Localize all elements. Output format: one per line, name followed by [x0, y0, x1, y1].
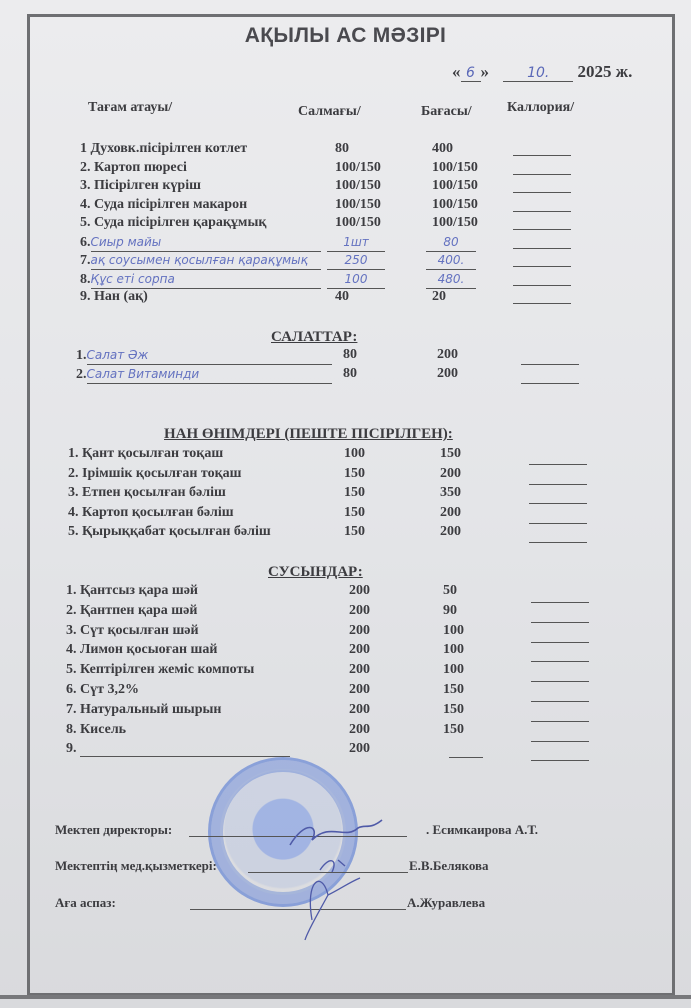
calorie-blank-line — [531, 661, 589, 662]
page-bottom-edge — [0, 995, 691, 999]
item-weight: 80 — [343, 365, 357, 383]
calorie-blank-line — [513, 285, 571, 286]
item-weight: 200 — [349, 740, 370, 758]
menu-title: АҚЫЛЫ АС МӘЗІРІ — [0, 24, 691, 48]
item-price: 80 — [426, 233, 476, 252]
calorie-blank-line — [529, 484, 587, 485]
calorie-blank-line — [513, 211, 571, 212]
item-weight: 100 — [344, 445, 365, 463]
column-header-price: Бағасы/ — [421, 104, 472, 120]
item-price: 100 — [443, 661, 464, 679]
medic-name: Е.В.Белякова — [409, 858, 489, 874]
item-name: 8. Кисель — [66, 721, 126, 739]
item-name: 3. Сүт қосылған шәй — [66, 622, 199, 640]
item-name-handwritten: Салат Әж — [87, 346, 332, 365]
calorie-blank-line — [531, 721, 589, 722]
chef-label: Аға аспаз: — [55, 895, 116, 911]
column-header-weight: Салмағы/ — [298, 104, 361, 120]
item-name: 6.Сиыр майы — [80, 233, 321, 251]
item-number: 6. — [80, 235, 91, 250]
bakery-heading: НАН ӨНІМДЕРІ (ПЕШТЕ ПІСІРІЛГЕН): — [164, 426, 453, 443]
handwritten-signatures — [250, 800, 400, 950]
price-blank-line — [449, 757, 483, 758]
item-weight: 200 — [349, 721, 370, 739]
calorie-blank-line — [531, 622, 589, 623]
item-price: 50 — [443, 582, 457, 600]
item-price: 100 — [443, 622, 464, 640]
date-close-quote: » — [481, 62, 490, 81]
item-weight: 150 — [344, 465, 365, 483]
calorie-blank-line — [531, 681, 589, 682]
item-name: 7. Натуральный шырын — [66, 701, 221, 719]
item-price: 150 — [443, 721, 464, 739]
item-weight: 80 — [335, 140, 349, 158]
item-weight: 80 — [343, 346, 357, 364]
item-name: 3. Етпен қосылған бәліш — [68, 484, 226, 502]
calorie-blank-line — [531, 701, 589, 702]
item-price: 100/150 — [432, 196, 478, 214]
item-name: 6. Сүт 3,2% — [66, 681, 139, 699]
item-price: 400 — [432, 140, 453, 158]
item-price: 150 — [443, 681, 464, 699]
calorie-blank-line — [513, 303, 571, 304]
item-weight: 200 — [349, 661, 370, 679]
item-price: 400. — [426, 251, 476, 270]
calorie-blank-line — [531, 642, 589, 643]
item-weight: 200 — [349, 582, 370, 600]
item-weight: 100/150 — [335, 196, 381, 214]
calorie-blank-line — [531, 602, 589, 603]
item-price: 100/150 — [432, 214, 478, 232]
item-number: 2. — [76, 367, 87, 382]
director-label: Мектеп директоры: — [55, 822, 172, 838]
item-price: 100/150 — [432, 159, 478, 177]
item-number: 1. — [76, 348, 87, 363]
calorie-blank-line — [513, 248, 571, 249]
item-weight: 150 — [344, 523, 365, 541]
item-name: 2. Қантпен қара шәй — [66, 602, 197, 620]
medic-label: Мектептің мед.қызметкері: — [55, 858, 217, 874]
calorie-blank-line — [531, 760, 589, 761]
item-weight: 100/150 — [335, 159, 381, 177]
item-name: 1. Қантсыз қара шәй — [66, 582, 198, 600]
item-weight: 150 — [344, 504, 365, 522]
item-name: 1 Духовк.пісірілген котлет — [80, 140, 247, 158]
item-name: 8.Құс еті сорпа — [80, 270, 321, 288]
calorie-blank-line — [529, 523, 587, 524]
item-name: 2. Ірімшік қосылған тоқаш — [68, 465, 242, 483]
item-price: 150 — [443, 701, 464, 719]
item-price: 350 — [440, 484, 461, 502]
item-price: 200 — [440, 465, 461, 483]
calorie-blank-line — [529, 464, 587, 465]
item-weight: 250 — [327, 251, 385, 270]
item-name: 2.Салат Витаминди — [76, 365, 332, 383]
item-name: 4. Суда пісірілген макарон — [80, 196, 247, 214]
item-name: 5. Кептірілген жеміс компоты — [66, 661, 254, 679]
calorie-blank-line — [513, 192, 571, 193]
date-open-quote: « — [452, 62, 461, 81]
item-weight: 200 — [349, 622, 370, 640]
column-header-name: Тағам атауы/ — [88, 100, 172, 116]
item-weight: 150 — [344, 484, 365, 502]
item-price: 200 — [437, 346, 458, 364]
item-weight: 40 — [335, 288, 349, 306]
item-name: 1.Салат Әж — [76, 346, 332, 364]
item-weight: 200 — [349, 602, 370, 620]
item-name: 2. Картоп пюресі — [80, 159, 187, 177]
item-number: 8. — [80, 272, 91, 287]
item-price: 100 — [443, 641, 464, 659]
name-blank-line — [80, 756, 290, 757]
calorie-blank-line — [513, 174, 571, 175]
item-price: 480. — [426, 270, 476, 289]
date-month: 10. — [503, 65, 573, 82]
calorie-blank-line — [521, 364, 579, 365]
item-number: 7. — [80, 253, 91, 268]
item-weight: 100 — [327, 270, 385, 289]
item-name-handwritten: Құс еті сорпа — [91, 270, 321, 289]
item-price: 200 — [437, 365, 458, 383]
item-name: 5. Суда пісірілген қарақұмық — [80, 214, 266, 232]
calorie-blank-line — [529, 503, 587, 504]
chef-name: А.Журавлева — [407, 895, 485, 911]
calorie-blank-line — [531, 741, 589, 742]
calorie-blank-line — [513, 229, 571, 230]
item-price: 200 — [440, 504, 461, 522]
item-weight: 100/150 — [335, 214, 381, 232]
item-name: 9. — [66, 740, 77, 758]
salads-heading: САЛАТТАР: — [271, 329, 357, 346]
item-name: 5. Қырыққабат қосылған бәліш — [68, 523, 271, 541]
director-name: . Есимкаирова А.Т. — [426, 822, 538, 838]
item-name-handwritten: ақ соусымен қосылған қарақұмық — [91, 251, 321, 270]
item-price: 100/150 — [432, 177, 478, 195]
calorie-blank-line — [513, 266, 571, 267]
item-name: 9. Нан (ақ) — [80, 288, 148, 306]
item-weight: 200 — [349, 641, 370, 659]
item-price: 90 — [443, 602, 457, 620]
date-day: 6 — [461, 65, 481, 82]
item-name: 4. Картоп қосылған бәліш — [68, 504, 234, 522]
item-price: 150 — [440, 445, 461, 463]
menu-date: «6» 10. 2025 ж. — [452, 62, 632, 82]
item-weight: 200 — [349, 681, 370, 699]
item-name-handwritten: Сиыр майы — [91, 233, 321, 252]
item-name: 3. Пісірілген күріш — [80, 177, 201, 195]
item-weight: 200 — [349, 701, 370, 719]
item-weight: 100/150 — [335, 177, 381, 195]
item-name: 7.ақ соусымен қосылған қарақұмық — [80, 251, 321, 269]
column-header-calories: Каллория/ — [507, 100, 574, 116]
item-price: 200 — [440, 523, 461, 541]
item-weight: 1шт — [327, 233, 385, 252]
item-name: 1. Қант қосылған тоқаш — [68, 445, 223, 463]
item-name-handwritten: Салат Витаминди — [87, 365, 332, 384]
item-name: 4. Лимон қосыоған шай — [66, 641, 217, 659]
calorie-blank-line — [521, 383, 579, 384]
item-price: 20 — [432, 288, 446, 306]
calorie-blank-line — [513, 155, 571, 156]
calorie-blank-line — [529, 542, 587, 543]
date-year: 2025 ж. — [578, 62, 633, 81]
drinks-heading: СУСЫНДАР: — [268, 564, 363, 581]
